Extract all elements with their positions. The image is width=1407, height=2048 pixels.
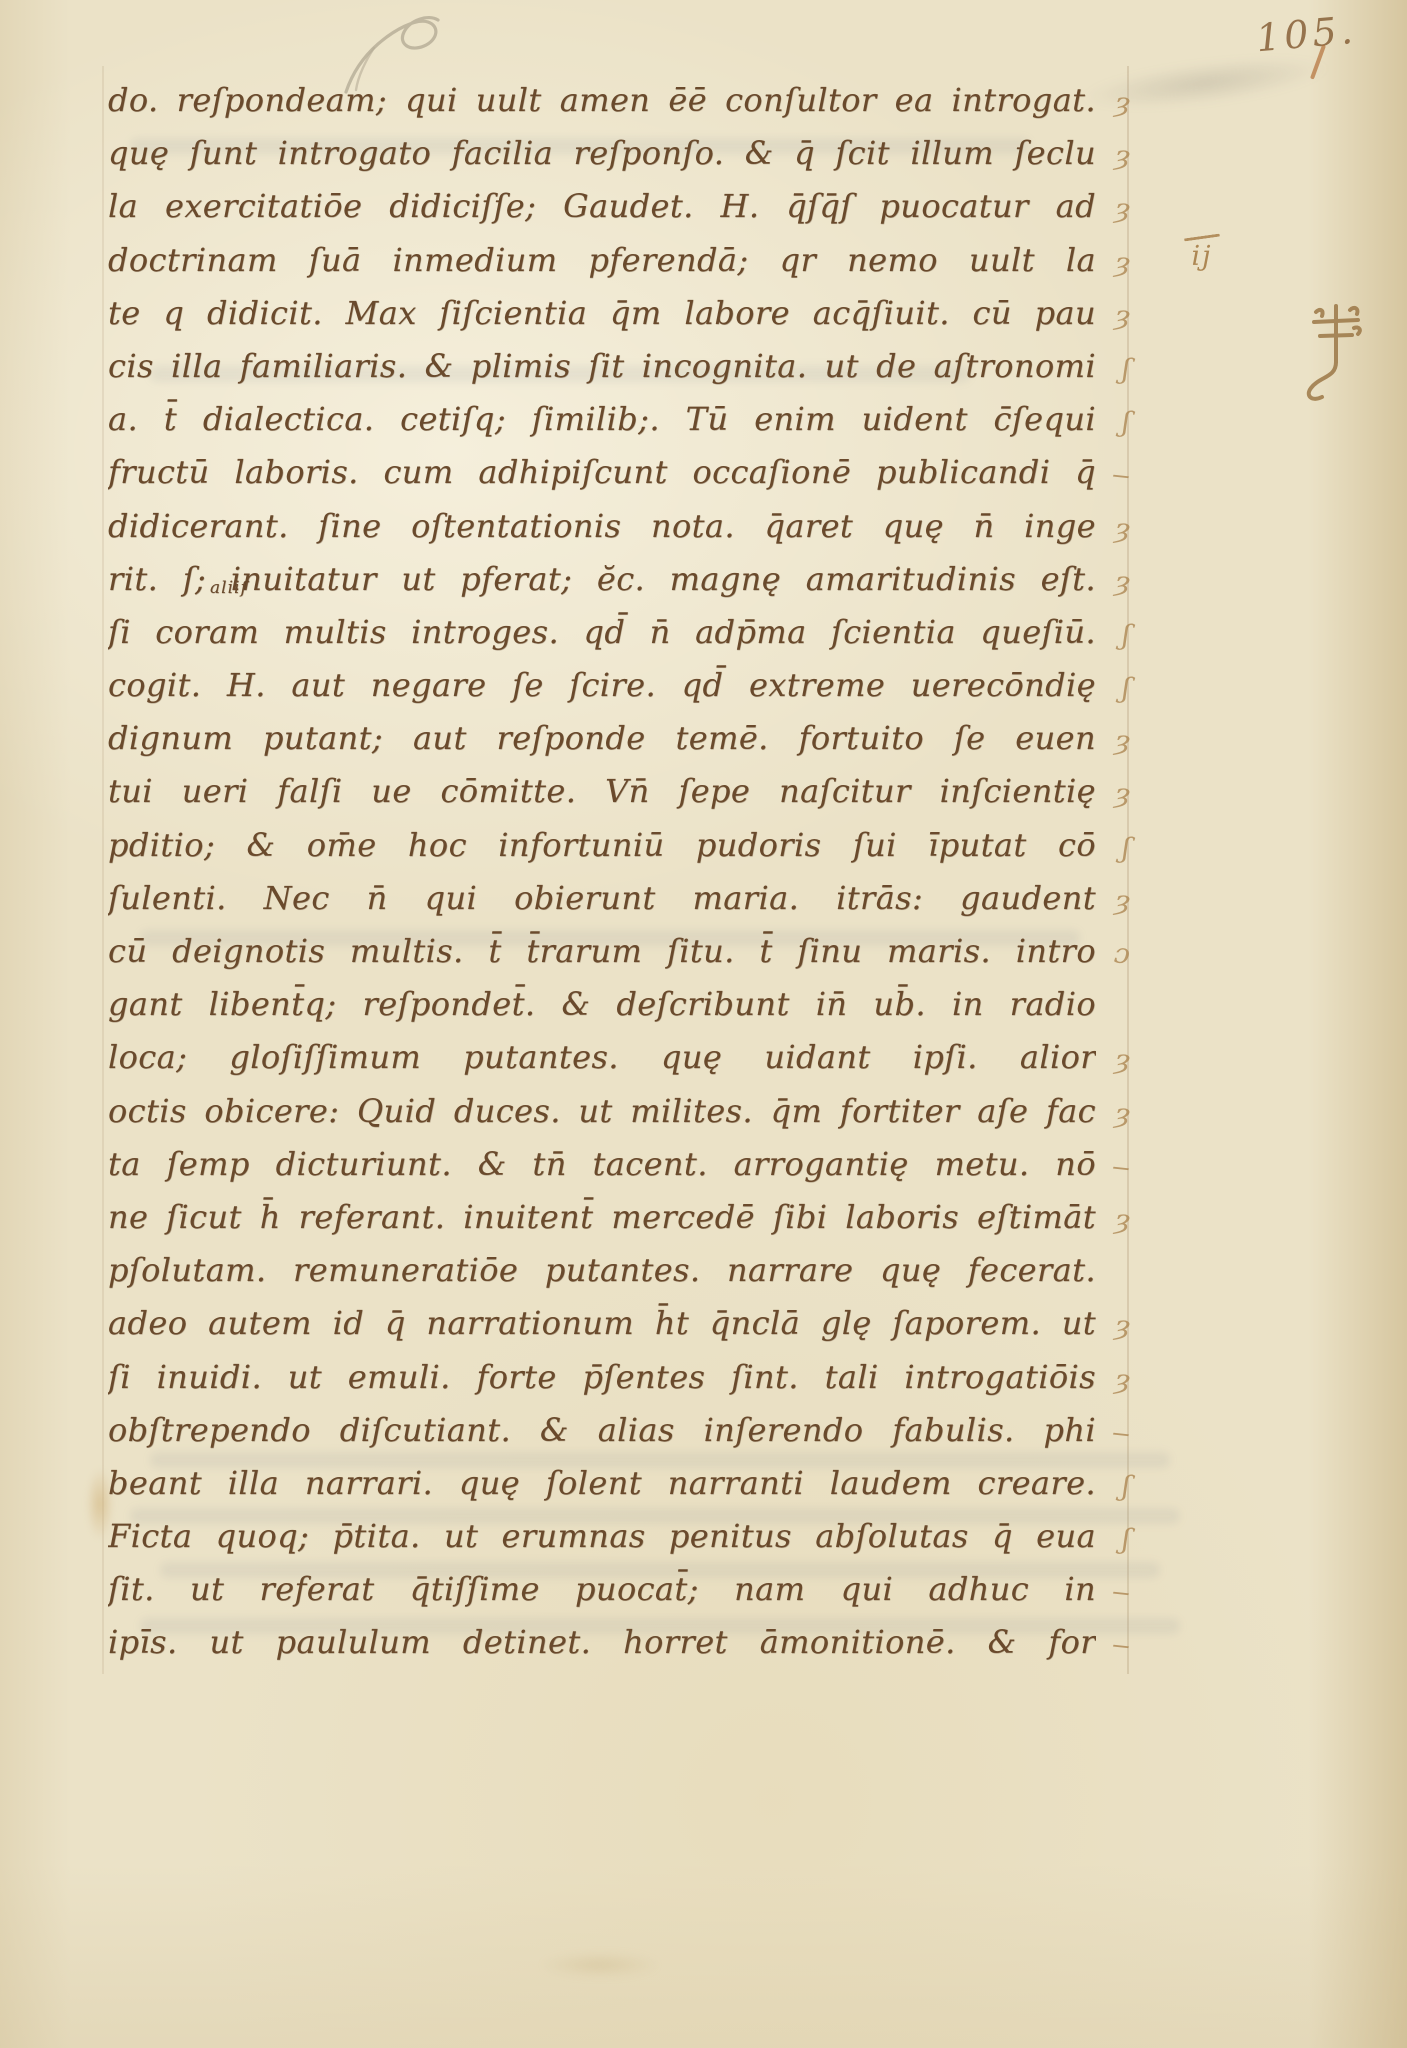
manuscript-line-26: obſtrependo diſcutiant. & alias inſerend… <box>108 1404 1130 1457</box>
manuscript-line-27: beant illa narrari. quę ſolent narranti … <box>108 1457 1130 1510</box>
line-filler-mark: ʃ <box>1093 339 1132 395</box>
line-text: doctrinam ſuā inmedium pferendā; qr nemo… <box>108 234 1096 287</box>
line-filler-mark: ‒ <box>1093 446 1132 502</box>
line-text: gant libent̄q; reſpondet̄. & deſcribunt … <box>108 978 1096 1031</box>
line-filler-mark: ȝ <box>1093 712 1132 768</box>
line-text: te q didicit. Max ſiſcientia q̄m labore … <box>108 287 1096 340</box>
line-text: ſi coram multis introges. qd̄ n̄ adp̄ma … <box>108 606 1096 659</box>
line-text: Ficta quoq; p̄tita. ut erumnas penitus a… <box>108 1510 1096 1563</box>
line-text: cis illa familiaris. & plimis ſit incogn… <box>108 340 1096 393</box>
line-text: ſulenti. Nec n̄ qui obierunt maria. itrā… <box>108 872 1096 925</box>
line-text: obſtrependo diſcutiant. & alias inſerend… <box>108 1404 1096 1457</box>
manuscript-line-25: ſi inuidi. ut emuli. forte p̄ſentes ſint… <box>108 1351 1130 1404</box>
line-filler-mark: ‒ <box>1093 1616 1132 1672</box>
manuscript-line-23: pſolutam. remuneratiōe putantes. narrare… <box>108 1244 1130 1297</box>
line-text: adeo autem id q̄ narrationum h̄t q̄nclā … <box>108 1297 1096 1350</box>
line-text: didicerant. ſine oſtentationis nota. q̄a… <box>108 500 1096 553</box>
manuscript-line-7: a. t̄ dialectica. cetiſq; ſimilib;. Tū e… <box>108 393 1130 446</box>
line-filler-mark: ȝ <box>1093 73 1132 129</box>
manuscript-line-15: pditio; & om̄e hoc infortuniū pudoris ſu… <box>108 819 1130 872</box>
line-text: beant illa narrari. quę ſolent narranti … <box>108 1457 1096 1510</box>
manuscript-line-24: adeo autem id q̄ narrationum h̄t q̄nclā … <box>108 1297 1130 1350</box>
manuscript-line-1: do. reſpondeam; qui uult amen ēē conſult… <box>108 74 1130 127</box>
manuscript-line-4: doctrinam ſuā inmedium pferendā; qr nemo… <box>108 234 1130 287</box>
manuscript-line-16: ſulenti. Nec n̄ qui obierunt maria. itrā… <box>108 872 1130 925</box>
nota-monogram-icon <box>1296 290 1374 410</box>
interlinear-gloss: aliiſ <box>210 578 248 598</box>
line-text: octis obicere: Quid duces. ut milites. q… <box>108 1085 1096 1138</box>
line-filler-mark: ȝ <box>1093 1031 1132 1087</box>
line-text: tui ueri falſi ue cōmitte. Vn̄ ſepe naſc… <box>108 765 1096 818</box>
line-filler-mark: ʃ <box>1093 818 1132 874</box>
line-filler-mark: ʃ <box>1093 658 1132 714</box>
line-text: ne ſicut h̄ referant. inuitent̄ mercedē … <box>108 1191 1096 1244</box>
line-filler-mark: ȝ <box>1093 765 1132 821</box>
manuscript-line-14: tui ueri falſi ue cōmitte. Vn̄ ſepe naſc… <box>108 765 1130 818</box>
parchment-stain <box>540 1952 660 1978</box>
folio-number: 105. <box>1254 8 1358 61</box>
line-filler-mark: ‒ <box>1093 1563 1132 1619</box>
line-filler-mark: ȝ <box>1093 1350 1132 1406</box>
manuscript-line-9: didicerant. ſine oſtentationis nota. q̄a… <box>108 500 1130 553</box>
manuscript-line-8: fructū laboris. cum adhipiſcunt occaſion… <box>108 446 1130 499</box>
line-text: pſolutam. remuneratiōe putantes. narrare… <box>108 1244 1096 1297</box>
line-filler-mark <box>1096 1013 1130 1017</box>
line-filler-mark: ȝ <box>1093 1190 1132 1246</box>
line-filler-mark: ȝ <box>1093 180 1132 236</box>
line-filler-mark: ȝ <box>1093 499 1132 555</box>
line-text: a. t̄ dialectica. cetiſq; ſimilib;. Tū e… <box>108 393 1096 446</box>
line-text: cogit. H. aut negare ſe ſcire. qd̄ extre… <box>108 659 1096 712</box>
manuscript-line-11: ſi coram multis introges. qd̄ n̄ adp̄ma … <box>108 606 1130 659</box>
manuscript-line-3: la exercitatiōe didiciſſe; Gaudet. H. q̄… <box>108 180 1130 233</box>
line-filler-mark: ɔ <box>1093 924 1132 980</box>
line-text: loca; gloſiſſimum putantes. quę uidant i… <box>108 1031 1096 1084</box>
line-text: rit. ſ; inuitatur ut pferat; ĕc. magnę a… <box>108 553 1096 606</box>
line-filler-mark: ‒ <box>1093 1403 1132 1459</box>
left-ruling-line <box>102 66 104 1674</box>
manuscript-line-20: octis obicere: Quid duces. ut milites. q… <box>108 1085 1130 1138</box>
line-filler-mark: ȝ <box>1093 552 1132 608</box>
quire-mark: ij <box>1184 236 1220 272</box>
manuscript-line-19: loca; gloſiſſimum putantes. quę uidant i… <box>108 1031 1130 1084</box>
line-text: pditio; & om̄e hoc infortuniū pudoris ſu… <box>108 819 1096 872</box>
line-filler-mark: ȝ <box>1093 1297 1132 1353</box>
manuscript-line-10: rit. ſ; inuitatur ut pferat; ĕc. magnę a… <box>108 553 1130 606</box>
manuscript-line-18: gant libent̄q; reſpondet̄. & deſcribunt … <box>108 978 1130 1031</box>
manuscript-line-5: te q didicit. Max ſiſcientia q̄m labore … <box>108 287 1130 340</box>
line-filler-mark: ȝ <box>1093 127 1132 183</box>
line-text: la exercitatiōe didiciſſe; Gaudet. H. q̄… <box>108 180 1096 233</box>
line-filler-mark: ȝ <box>1093 871 1132 927</box>
line-text: ta ſemp dicturiunt. & tn̄ tacent. arroga… <box>108 1138 1096 1191</box>
manuscript-line-2: quę ſunt introgato facilia reſponſo. & q… <box>108 127 1130 180</box>
line-filler-mark <box>1096 1279 1130 1283</box>
line-filler-mark: ȝ <box>1093 233 1132 289</box>
line-filler-mark: ȝ <box>1093 1084 1132 1140</box>
text-block: aliiſ do. reſpondeam; qui uult amen ēē c… <box>108 74 1130 1670</box>
manuscript-line-13: dignum putant; aut reſponde temē. fortui… <box>108 712 1130 765</box>
line-filler-mark: ʃ <box>1093 392 1132 448</box>
manuscript-line-22: ne ſicut h̄ referant. inuitent̄ mercedē … <box>108 1191 1130 1244</box>
manuscript-line-30: ipīs. ut paululum detinet. horret āmonit… <box>108 1616 1130 1669</box>
manuscript-line-12: cogit. H. aut negare ſe ſcire. qd̄ extre… <box>108 659 1130 712</box>
line-text: dignum putant; aut reſponde temē. fortui… <box>108 712 1096 765</box>
manuscript-line-6: cis illa familiaris. & plimis ſit incogn… <box>108 340 1130 393</box>
line-filler-mark: ʃ <box>1093 1456 1132 1512</box>
quire-mark-label: ij <box>1191 241 1212 272</box>
line-text: cū deignotis multis. t̄ t̄rarum ſitu. t̄… <box>108 925 1096 978</box>
line-filler-mark: ʃ <box>1093 1509 1132 1565</box>
manuscript-line-17: cū deignotis multis. t̄ t̄rarum ſitu. t̄… <box>108 925 1130 978</box>
line-text: ſit. ut referat q̄tiſſime puocat̄; nam q… <box>108 1563 1096 1616</box>
manuscript-page: 105. ij aliiſ do. reſpondeam; qui uult a… <box>0 0 1407 2048</box>
line-text: ipīs. ut paululum detinet. horret āmonit… <box>108 1616 1096 1669</box>
line-text: quę ſunt introgato facilia reſponſo. & q… <box>108 127 1096 180</box>
line-filler-mark: ʃ <box>1093 605 1132 661</box>
line-text: fructū laboris. cum adhipiſcunt occaſion… <box>108 446 1096 499</box>
manuscript-line-28: Ficta quoq; p̄tita. ut erumnas penitus a… <box>108 1510 1130 1563</box>
manuscript-line-21: ta ſemp dicturiunt. & tn̄ tacent. arroga… <box>108 1138 1130 1191</box>
line-text: do. reſpondeam; qui uult amen ēē conſult… <box>108 74 1096 127</box>
line-filler-mark: ȝ <box>1093 286 1132 342</box>
line-text: ſi inuidi. ut emuli. forte p̄ſentes ſint… <box>108 1351 1096 1404</box>
manuscript-line-29: ſit. ut referat q̄tiſſime puocat̄; nam q… <box>108 1563 1130 1616</box>
line-filler-mark: ‒ <box>1093 1137 1132 1193</box>
